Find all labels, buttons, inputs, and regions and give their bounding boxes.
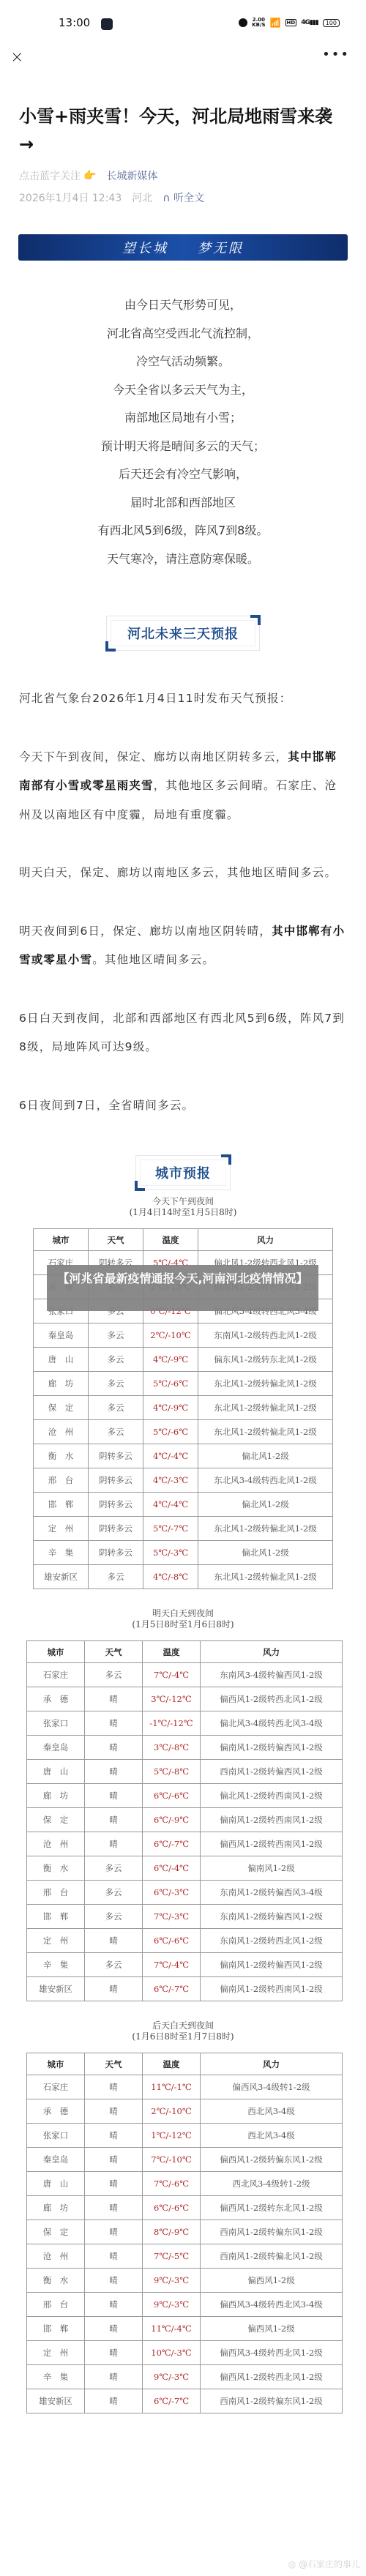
wifi-icon: 📶 — [270, 18, 281, 28]
summary-line: 天气寒冷，请注意防寒保暖。 — [0, 545, 366, 574]
paragraph-text: 明天夜间到6日，保定、廊坊以南地区阴转晴， — [19, 925, 272, 938]
temperature-cell: 8℃/-9℃ — [143, 2220, 201, 2244]
city-cell: 衡 水 — [27, 1856, 85, 1881]
temperature-cell: 1℃/-12℃ — [143, 2124, 201, 2148]
city-cell: 廊 坊 — [34, 1372, 89, 1396]
wind-cell: 偏西风3-4级转1-2级 — [201, 2075, 343, 2099]
temperature-cell: 6℃/-7℃ — [143, 1977, 201, 2001]
wind-cell: 偏西风1-2级转西南风1-2级 — [201, 1832, 343, 1856]
account-name-link[interactable]: 长城新媒体 — [106, 168, 157, 183]
temperature-cell: 6℃/-7℃ — [143, 1832, 201, 1856]
column-header: 城市 — [34, 1229, 89, 1251]
section-heading-city: 城市预报 — [135, 1155, 231, 1190]
listen-button[interactable]: ∩ 听全文 — [163, 190, 204, 205]
city-cell: 定 州 — [34, 1517, 89, 1541]
table-row: 邢 台晴9℃/-3℃偏西风3-4级转西北风3-4级 — [27, 2293, 343, 2317]
temperature-cell: 6℃/-9℃ — [143, 1808, 201, 1832]
summary-line: 届时北部和西部地区 — [0, 489, 366, 518]
city-cell: 辛 集 — [27, 1953, 85, 1977]
city-cell: 秦皇岛 — [27, 2148, 85, 2172]
overlay-caption: 【河兆省最新疫情通报今天,河南河北疫情情况】 — [47, 1265, 318, 1311]
table-row: 定 州晴6℃/-6℃东南风1-2级转西北风1-2级 — [27, 1929, 343, 1953]
temperature-cell: 3℃/-12℃ — [143, 1687, 201, 1711]
weather-cell: 多云 — [85, 1663, 143, 1687]
column-header: 城市 — [27, 1641, 85, 1663]
table-title: 后天白天到夜间 — [0, 2020, 366, 2031]
temperature-cell: 4℃/-9℃ — [143, 1396, 198, 1420]
hd-icon: HD — [285, 19, 297, 26]
publish-location: 河北 — [132, 190, 152, 205]
forecast-paragraph: 6日夜间到7日，全省晴间多云。 — [0, 1091, 366, 1121]
temperature-cell: 2℃/-10℃ — [143, 1324, 198, 1348]
table-row: 唐 山多云4℃/-9℃偏东风1-2级转东北风1-2级 — [34, 1348, 333, 1372]
table-subtitle: (1月6日8时至1月7日8时) — [0, 2031, 366, 2042]
table-row: 邢 台多云6℃/-3℃东南风1-2级转偏西风3-4级 — [27, 1881, 343, 1905]
battery-icon: 100 — [323, 19, 340, 27]
weibo-icon: ◎ — [288, 2559, 296, 2569]
weather-cell: 阴转多云 — [89, 1468, 143, 1493]
weather-cell: 晴 — [85, 1736, 143, 1760]
weather-cell: 多云 — [89, 1372, 143, 1396]
table-row: 定 州阴转多云5℃/-7℃东北风1-2级转偏北风1-2级 — [34, 1517, 333, 1541]
weather-cell: 晴 — [85, 2317, 143, 2341]
wind-cell: 偏北风1-2级转西南风1-2级 — [201, 1784, 343, 1808]
wind-cell: 偏西风3-4级转西北风1-2级 — [201, 2341, 343, 2365]
summary-line: 预计明天将是晴间多云的天气； — [0, 433, 366, 461]
summary-line: 今天全省以多云天气为主， — [0, 376, 366, 405]
table-row: 衡 水晴9℃/-3℃偏西风1-2级 — [27, 2269, 343, 2293]
table-title: 今天下午到夜间 — [0, 1196, 366, 1207]
corner-decoration — [250, 615, 261, 625]
weather-cell: 晴 — [85, 2124, 143, 2148]
forecast-paragraph: 明天白天，保定、廊坊以南地区多云，其他地区晴间多云。 — [0, 859, 366, 888]
weather-cell: 晴 — [85, 2099, 143, 2124]
wind-cell: 西南风1-2级转偏西风1-2级 — [201, 1760, 343, 1784]
article-title: 小雪+雨夹雪！今天，河北局地雨雪来袭→ — [0, 75, 366, 158]
temperature-cell: 7℃/-4℃ — [143, 1663, 201, 1687]
column-header: 天气 — [85, 2053, 143, 2075]
weather-cell: 阴转多云 — [89, 1493, 143, 1517]
temperature-cell: 7℃/-3℃ — [143, 1905, 201, 1929]
table-row: 廊 坊晴6℃/-6℃偏西风1-2级转东北风1-2级 — [27, 2196, 343, 2220]
wind-cell: 偏西风1-2级转偏东风1-2级 — [201, 2148, 343, 2172]
temperature-cell: 9℃/-3℃ — [143, 2365, 201, 2389]
forecast-table-block: 后天白天到夜间(1月6日8时至1月7日8时)城市天气温度风力石家庄晴11℃/-1… — [0, 2020, 366, 2413]
forecast-paragraph: 6日白天到夜间，北部和西部地区有西北风5到6级，阵风7到8级，局地阵风可达9级。 — [0, 1004, 366, 1062]
weather-cell: 多云 — [89, 1396, 143, 1420]
wind-cell: 东南风1-2级转西北风1-2级 — [198, 1324, 333, 1348]
city-cell: 石家庄 — [27, 2075, 85, 2099]
corner-decoration — [221, 1154, 231, 1165]
city-cell: 雄安新区 — [27, 1977, 85, 2001]
weather-cell: 多云 — [85, 1856, 143, 1881]
table-header-row: 城市天气温度风力 — [27, 1641, 343, 1663]
table-row: 雄安新区晴6℃/-7℃西南风1-2级转偏东风1-2级 — [27, 2389, 343, 2413]
weather-cell: 多云 — [85, 1881, 143, 1905]
more-icon[interactable]: ••• — [322, 47, 350, 62]
wind-cell: 偏南风1-2级转偏西风1-2级 — [201, 1736, 343, 1760]
weather-cell: 多云 — [85, 1953, 143, 1977]
weather-cell: 晴 — [85, 2196, 143, 2220]
weather-cell: 晴 — [85, 2293, 143, 2317]
wind-cell: 东南风1-2级转西北风1-2级 — [201, 1929, 343, 1953]
follow-prompt: 点击蓝字关注 — [19, 168, 81, 183]
pointing-hand-icon: 👉 — [83, 170, 96, 182]
weather-cell: 晴 — [85, 2269, 143, 2293]
table-header-row: 城市天气温度风力 — [34, 1229, 333, 1251]
wind-cell: 偏西风1-2级 — [201, 2269, 343, 2293]
table-row: 廊 坊晴6℃/-6℃偏北风1-2级转西南风1-2级 — [27, 1784, 343, 1808]
wind-cell: 偏北风3-4级转西北风3-4级 — [201, 1711, 343, 1736]
weather-cell: 晴 — [85, 2365, 143, 2389]
alarm-icon — [239, 18, 247, 27]
temperature-cell: 5℃/-6℃ — [143, 1420, 198, 1444]
table-row: 沧 州晴6℃/-7℃偏西风1-2级转西南风1-2级 — [27, 1832, 343, 1856]
table-row: 秦皇岛多云2℃/-10℃东南风1-2级转西北风1-2级 — [34, 1324, 333, 1348]
close-icon[interactable]: × — [10, 48, 23, 67]
table-row: 邯 郸晴11℃/-4℃偏西风1-2级 — [27, 2317, 343, 2341]
weather-cell: 晴 — [85, 1977, 143, 2001]
city-cell: 邯 郸 — [34, 1493, 89, 1517]
temperature-cell: 4℃/-4℃ — [143, 1444, 198, 1468]
wind-cell: 偏南风1-2级转西南风1-2级 — [201, 1808, 343, 1832]
city-cell: 唐 山 — [27, 1760, 85, 1784]
table-row: 承 德晴3℃/-12℃偏西风1-2级转西北风1-2级 — [27, 1687, 343, 1711]
weather-summary: 由今日天气形势可见， 河北省高空受西北气流控制， 冷空气活动频繁。 今天全省以多… — [0, 291, 366, 573]
summary-line: 有西北风5到6级，阵风7到8级。 — [0, 517, 366, 545]
table-row: 辛 集晴9℃/-3℃偏西风1-2级转西北风1-2级 — [27, 2365, 343, 2389]
city-cell: 张家口 — [27, 1711, 85, 1736]
wind-cell: 偏东风1-2级转东北风1-2级 — [198, 1348, 333, 1372]
weather-cell: 晴 — [85, 2389, 143, 2413]
temperature-cell: 5℃/-8℃ — [143, 1760, 201, 1784]
signal-label: 4G — [301, 19, 310, 26]
temperature-cell: 7℃/-5℃ — [143, 2244, 201, 2269]
weather-cell: 晴 — [85, 1687, 143, 1711]
table-row: 邯 郸阴转多云4℃/-4℃偏北风1-2级 — [34, 1493, 333, 1517]
watermark-text: @石家庄的事儿 — [299, 2559, 360, 2569]
weather-cell: 多云 — [89, 1348, 143, 1372]
city-cell: 石家庄 — [27, 1663, 85, 1687]
summary-line: 由今日天气形势可见， — [0, 291, 366, 320]
forecast-paragraph: 今天下午到夜间，保定、廊坊以南地区阴转多云，其中邯郸南部有小雪或零星雨夹雪，其他… — [0, 743, 366, 830]
city-cell: 邢 台 — [27, 1881, 85, 1905]
weather-cell: 阴转多云 — [89, 1444, 143, 1468]
table-title: 明天白天到夜间 — [0, 1608, 366, 1619]
city-cell: 保 定 — [27, 1808, 85, 1832]
paragraph-text: 。其他地区晴间多云。 — [92, 953, 214, 966]
table-header-row: 城市天气温度风力 — [27, 2053, 343, 2075]
publish-date: 2026年1月4日 12:43 — [19, 190, 122, 205]
city-cell: 承 德 — [27, 1687, 85, 1711]
city-forecast-table: 城市天气温度风力石家庄晴11℃/-1℃偏西风3-4级转1-2级承 德晴2℃/-1… — [26, 2053, 343, 2413]
city-cell: 保 定 — [34, 1396, 89, 1420]
table-row: 石家庄多云7℃/-4℃东南风3-4级转偏西风1-2级 — [27, 1663, 343, 1687]
wind-cell: 偏西风1-2级转西北风1-2级 — [201, 1687, 343, 1711]
temperature-cell: 7℃/-6℃ — [143, 2172, 201, 2196]
temperature-cell: 3℃/-8℃ — [143, 1736, 201, 1760]
city-cell: 定 州 — [27, 2341, 85, 2365]
forecast-paragraph: 明天夜间到6日，保定、廊坊以南地区阴转晴，其中邯郸有小雪或零星小雪。其他地区晴间… — [0, 917, 366, 975]
table-row: 秦皇岛晴7℃/-10℃偏西风1-2级转偏东风1-2级 — [27, 2148, 343, 2172]
temperature-cell: 5℃/-6℃ — [143, 1372, 198, 1396]
table-row: 保 定晴8℃/-9℃西南风1-2级转偏东风1-2级 — [27, 2220, 343, 2244]
wind-cell: 偏南风1-2级转偏西风1-2级 — [201, 1953, 343, 1977]
headphones-icon: ∩ — [163, 193, 170, 204]
temperature-cell: 11℃/-1℃ — [143, 2075, 201, 2099]
summary-line: 南部地区局地有小雪； — [0, 404, 366, 433]
temperature-cell: 4℃/-4℃ — [143, 1493, 198, 1517]
table-row: 雄安新区多云4℃/-8℃东北风1-2级转偏北风1-2级 — [34, 1565, 333, 1589]
table-row: 辛 集多云7℃/-4℃偏南风1-2级转偏西风1-2级 — [27, 1953, 343, 1977]
temperature-cell: 4℃/-8℃ — [143, 1565, 198, 1589]
wind-cell: 东北风1-2级转偏北风1-2级 — [198, 1565, 333, 1589]
weather-cell: 阴转多云 — [89, 1541, 143, 1565]
city-cell: 保 定 — [27, 2220, 85, 2244]
city-cell: 衡 水 — [34, 1444, 89, 1468]
city-cell: 秦皇岛 — [27, 1736, 85, 1760]
column-header: 城市 — [27, 2053, 85, 2075]
city-cell: 廊 坊 — [27, 1784, 85, 1808]
weather-cell: 多云 — [89, 1420, 143, 1444]
table-row: 保 定多云4℃/-9℃东北风1-2级转偏北风1-2级 — [34, 1396, 333, 1420]
city-cell: 雄安新区 — [34, 1565, 89, 1589]
weather-cell: 多云 — [85, 1905, 143, 1929]
table-row: 廊 坊多云5℃/-6℃东北风1-2级转偏北风1-2级 — [34, 1372, 333, 1396]
city-cell: 定 州 — [27, 1929, 85, 1953]
weather-cell: 晴 — [85, 1711, 143, 1736]
city-cell: 衡 水 — [27, 2269, 85, 2293]
weather-cell: 多云 — [89, 1324, 143, 1348]
city-forecast-tables: 今天下午到夜间(1月4日14时至1月5日8时)城市天气温度风力石家庄阴转多云5℃… — [0, 1196, 366, 2413]
temperature-cell: 7℃/-4℃ — [143, 1953, 201, 1977]
forecast-table-block: 明天白天到夜间(1月5日8时至1月6日8时)城市天气温度风力石家庄多云7℃/-4… — [0, 1608, 366, 2001]
signal-icon: 4G▮▮▮ — [301, 19, 318, 26]
temperature-cell: 4℃/-3℃ — [143, 1468, 198, 1493]
wind-cell: 偏西风3-4级转西北风3-4级 — [201, 2293, 343, 2317]
wind-cell: 东南风1-2级转偏西风1-2级 — [201, 1905, 343, 1929]
wind-cell: 偏北风1-2级 — [198, 1493, 333, 1517]
wind-cell: 偏西风1-2级 — [201, 2317, 343, 2341]
table-row: 定 州晴10℃/-3℃偏西风3-4级转西北风1-2级 — [27, 2341, 343, 2365]
status-bar: 13:00 2.00 KB/S 📶 HD 4G▮▮▮ 100 — [0, 0, 366, 45]
weather-cell: 晴 — [85, 2172, 143, 2196]
city-cell: 沧 州 — [27, 2244, 85, 2269]
section-heading-label: 城市预报 — [155, 1163, 211, 1182]
temperature-cell: 6℃/-6℃ — [143, 1784, 201, 1808]
temperature-cell: 5℃/-7℃ — [143, 1517, 198, 1541]
table-row: 辛 集阴转多云5℃/-3℃偏北风1-2级 — [34, 1541, 333, 1565]
table-row: 雄安新区晴6℃/-7℃偏南风1-2级转西南风1-2级 — [27, 1977, 343, 2001]
wind-cell: 偏西风1-2级转东北风1-2级 — [201, 2196, 343, 2220]
table-row: 唐 山晴5℃/-8℃西南风1-2级转偏西风1-2级 — [27, 1760, 343, 1784]
weather-cell: 晴 — [85, 2075, 143, 2099]
wind-cell: 偏西风1-2级转西北风1-2级 — [201, 2365, 343, 2389]
listen-label: 听全文 — [173, 193, 204, 204]
temperature-cell: 6℃/-6℃ — [143, 2196, 201, 2220]
city-cell: 唐 山 — [27, 2172, 85, 2196]
weibo-watermark: ◎ @石家庄的事儿 — [288, 2558, 360, 2570]
table-row: 唐 山晴7℃/-6℃西北风3-4级转1-2级 — [27, 2172, 343, 2196]
nav-bar: × ••• — [0, 45, 366, 75]
table-row: 衡 水阴转多云4℃/-4℃偏北风1-2级 — [34, 1444, 333, 1468]
wind-cell: 偏北风1-2级 — [198, 1444, 333, 1468]
temperature-cell: 5℃/-3℃ — [143, 1541, 198, 1565]
weather-cell: 晴 — [85, 2341, 143, 2365]
city-cell: 邯 郸 — [27, 1905, 85, 1929]
table-row: 邯 郸多云7℃/-3℃东南风1-2级转偏西风1-2级 — [27, 1905, 343, 1929]
weather-cell: 晴 — [85, 1784, 143, 1808]
column-header: 天气 — [89, 1229, 143, 1251]
status-time: 13:00 — [59, 16, 90, 29]
city-cell: 邢 台 — [34, 1468, 89, 1493]
summary-line: 河北省高空受西北气流控制， — [0, 320, 366, 348]
city-cell: 沧 州 — [34, 1420, 89, 1444]
banner-slogan-right: 梦无限 — [198, 238, 244, 257]
city-cell: 张家口 — [27, 2124, 85, 2148]
status-icons: 2.00 KB/S 📶 HD 4G▮▮▮ 100 — [239, 18, 340, 28]
column-header: 天气 — [85, 1641, 143, 1663]
wind-cell: 西南风1-2级转偏东风1-2级 — [201, 2220, 343, 2244]
city-cell: 廊 坊 — [27, 2196, 85, 2220]
column-header: 温度 — [143, 1641, 201, 1663]
corner-decoration — [135, 1181, 145, 1191]
temperature-cell: 6℃/-3℃ — [143, 1881, 201, 1905]
city-cell: 辛 集 — [27, 2365, 85, 2389]
weather-cell: 晴 — [85, 1808, 143, 1832]
wind-cell: 西南风1-2级转偏北风1-2级 — [201, 2244, 343, 2269]
wind-cell: 东北风1-2级转偏北风1-2级 — [198, 1396, 333, 1420]
weather-cell: 晴 — [85, 1832, 143, 1856]
table-row: 张家口晴1℃/-12℃西北风3-4级 — [27, 2124, 343, 2148]
wind-cell: 东北风3-4级转西北风1-2级 — [198, 1468, 333, 1493]
temperature-cell: 6℃/-4℃ — [143, 1856, 201, 1881]
temperature-cell: -1℃/-12℃ — [143, 1711, 201, 1736]
summary-line: 后天还会有冷空气影响， — [0, 460, 366, 489]
wind-cell: 西北风3-4级转1-2级 — [201, 2172, 343, 2196]
paragraph-text: 今天下午到夜间，保定、廊坊以南地区阴转多云， — [19, 750, 288, 764]
column-header: 风力 — [201, 1641, 343, 1663]
wind-cell: 偏北风1-2级 — [198, 1541, 333, 1565]
column-header: 风力 — [198, 1229, 333, 1251]
table-row: 保 定晴6℃/-9℃偏南风1-2级转西南风1-2级 — [27, 1808, 343, 1832]
follow-row: 点击蓝字关注 👉 长城新媒体 — [0, 158, 366, 183]
section-heading-three-day: 河北未来三天预报 — [106, 616, 260, 651]
weather-cell: 晴 — [85, 2148, 143, 2172]
column-header: 温度 — [143, 1229, 198, 1251]
net-speed-unit: KB/S — [252, 22, 265, 28]
section-heading-label: 河北未来三天预报 — [127, 624, 239, 643]
wind-cell: 偏南风1-2级 — [201, 1856, 343, 1881]
summary-line: 冷空气活动频繁。 — [0, 348, 366, 376]
publish-meta: 2026年1月4日 12:43 河北 ∩ 听全文 — [0, 183, 366, 205]
wind-cell: 偏南风1-2级转西南风1-2级 — [201, 1977, 343, 2001]
table-subtitle: (1月5日8时至1月6日8时) — [0, 1619, 366, 1630]
table-row: 邢 台阴转多云4℃/-3℃东北风3-4级转西北风1-2级 — [34, 1468, 333, 1493]
table-subtitle: (1月4日14时至1月5日8时) — [0, 1207, 366, 1218]
city-cell: 唐 山 — [34, 1348, 89, 1372]
column-header: 风力 — [201, 2053, 343, 2075]
table-row: 承 德晴2℃/-10℃西北风3-4级 — [27, 2099, 343, 2124]
wind-cell: 东北风1-2级转偏北风1-2级 — [198, 1517, 333, 1541]
city-cell: 秦皇岛 — [34, 1324, 89, 1348]
table-row: 张家口晴-1℃/-12℃偏北风3-4级转西北风3-4级 — [27, 1711, 343, 1736]
weather-cell: 晴 — [85, 1760, 143, 1784]
temperature-cell: 9℃/-3℃ — [143, 2269, 201, 2293]
city-cell: 辛 集 — [34, 1541, 89, 1565]
city-cell: 邯 郸 — [27, 2317, 85, 2341]
forecast-table-block: 今天下午到夜间(1月4日14时至1月5日8时)城市天气温度风力石家庄阴转多云5℃… — [0, 1196, 366, 1589]
table-row: 石家庄晴11℃/-1℃偏西风3-4级转1-2级 — [27, 2075, 343, 2099]
city-cell: 承 德 — [27, 2099, 85, 2124]
table-row: 沧 州多云5℃/-6℃东北风1-2级转偏北风1-2级 — [34, 1420, 333, 1444]
weather-cell: 晴 — [85, 2220, 143, 2244]
city-cell: 雄安新区 — [27, 2389, 85, 2413]
temperature-cell: 10℃/-3℃ — [143, 2341, 201, 2365]
wind-cell: 东北风1-2级转偏北风1-2级 — [198, 1372, 333, 1396]
corner-decoration — [105, 641, 116, 652]
temperature-cell: 4℃/-9℃ — [143, 1348, 198, 1372]
app-notification-icon — [101, 18, 113, 30]
wind-cell: 东南风1-2级转偏西风3-4级 — [201, 1881, 343, 1905]
table-row: 衡 水多云6℃/-4℃偏南风1-2级 — [27, 1856, 343, 1881]
banner-slogan-left: 望长城 — [122, 238, 168, 257]
city-forecast-table: 城市天气温度风力石家庄多云7℃/-4℃东南风3-4级转偏西风1-2级承 德晴3℃… — [26, 1640, 343, 2001]
city-cell: 沧 州 — [27, 1832, 85, 1856]
temperature-cell: 11℃/-4℃ — [143, 2317, 201, 2341]
wind-cell: 东南风3-4级转偏西风1-2级 — [201, 1663, 343, 1687]
column-header: 温度 — [143, 2053, 201, 2075]
temperature-cell: 6℃/-6℃ — [143, 1929, 201, 1953]
forecast-intro: 河北省气象台2026年1月4日11时发布天气预报： — [0, 684, 366, 714]
city-cell: 邢 台 — [27, 2293, 85, 2317]
weather-cell: 多云 — [89, 1565, 143, 1589]
temperature-cell: 7℃/-10℃ — [143, 2148, 201, 2172]
table-row: 秦皇岛晴3℃/-8℃偏南风1-2级转偏西风1-2级 — [27, 1736, 343, 1760]
weather-cell: 晴 — [85, 1929, 143, 1953]
wind-cell: 东北风1-2级转偏北风1-2级 — [198, 1420, 333, 1444]
temperature-cell: 2℃/-10℃ — [143, 2099, 201, 2124]
brand-banner: 望长城 梦无限 — [18, 234, 348, 261]
temperature-cell: 9℃/-3℃ — [143, 2293, 201, 2317]
wind-cell: 西南风1-2级转偏东风1-2级 — [201, 2389, 343, 2413]
wind-cell: 西北风3-4级 — [201, 2124, 343, 2148]
wind-cell: 西北风3-4级 — [201, 2099, 343, 2124]
table-row: 沧 州晴7℃/-5℃西南风1-2级转偏北风1-2级 — [27, 2244, 343, 2269]
net-speed: 2.00 KB/S — [252, 18, 265, 28]
weather-cell: 阴转多云 — [89, 1517, 143, 1541]
weather-cell: 晴 — [85, 2244, 143, 2269]
temperature-cell: 6℃/-7℃ — [143, 2389, 201, 2413]
